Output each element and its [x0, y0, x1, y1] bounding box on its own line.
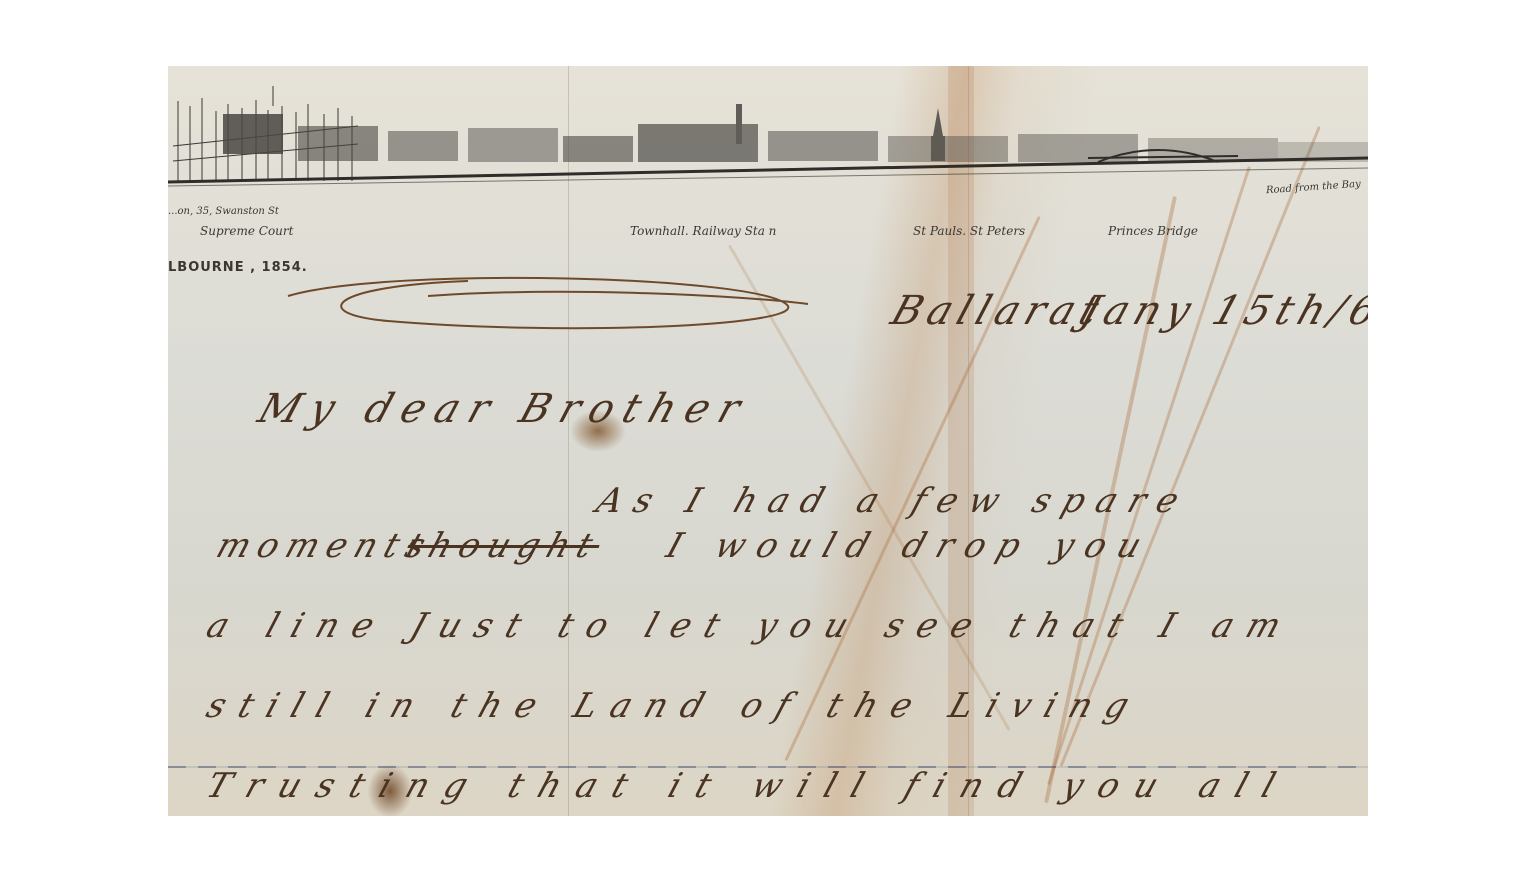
letter-sheet: ...on, 35, Swanston St Road from the Bay…	[168, 66, 1368, 816]
caption-supreme-court: Supreme Court	[200, 224, 293, 238]
rust-stain-streak	[1060, 126, 1321, 767]
letter-line: a line Just to let you see that I am	[202, 606, 1300, 646]
letter-line: Trusting that it will find you all	[202, 766, 1297, 806]
letter-line: I would drop you	[662, 526, 1159, 566]
dateline-date: Jany 15th/60	[1076, 288, 1368, 334]
caption-st-pauls-st-peters: St Pauls. St Peters	[913, 224, 1025, 238]
melbourne-panorama-engraving	[168, 86, 1368, 196]
caption-princes-bridge: Princes Bridge	[1108, 224, 1198, 238]
letter-line: still in the Land of the Living	[202, 686, 1148, 726]
imprint-address: ...on, 35, Swanston St	[168, 206, 279, 217]
buildings	[223, 104, 1368, 162]
struck-word: thought	[402, 526, 606, 566]
salutation: My dear Brother	[253, 386, 756, 432]
pen-flourish	[268, 256, 828, 356]
letter-line: As I had a few spare	[592, 481, 1196, 521]
caption-townhall-railway: Townhall. Railway Sta n	[630, 224, 776, 238]
